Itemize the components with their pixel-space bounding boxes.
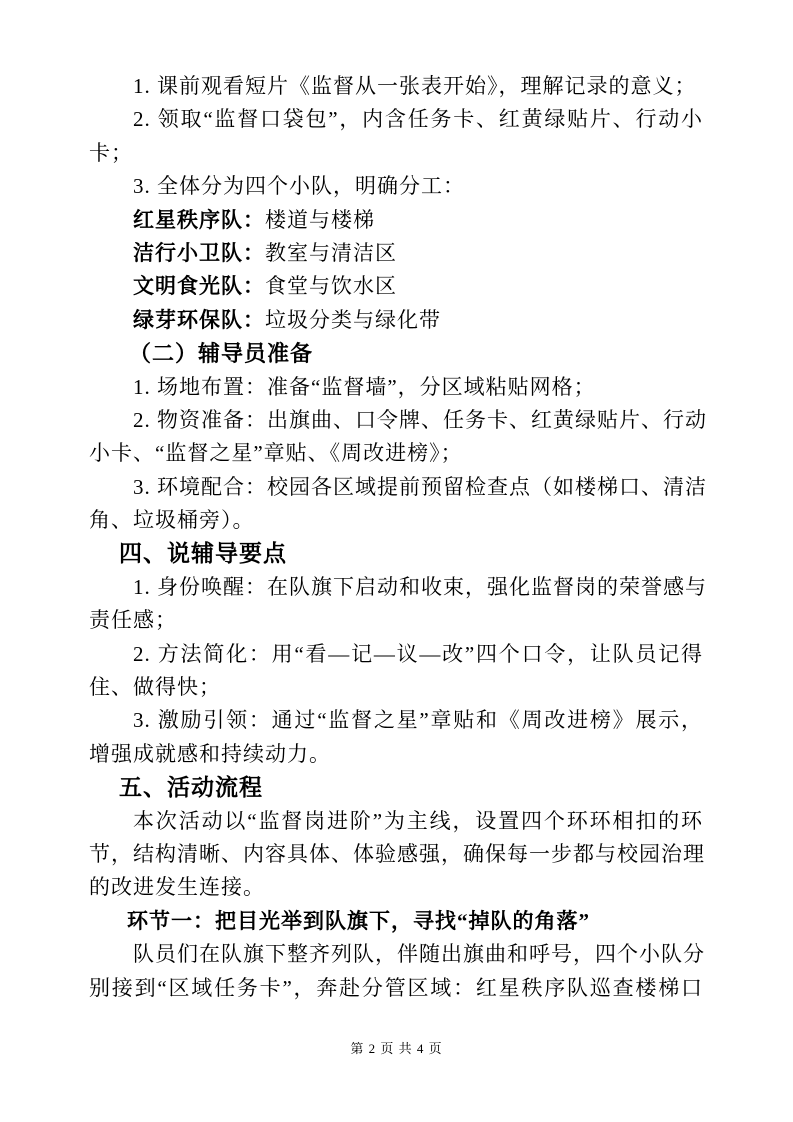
text-line: 文明食光队：食堂与饮水区 bbox=[89, 270, 703, 303]
body-paragraph: 1. 课前观看短片《监督从一张表开始》，理解记录的意义； bbox=[89, 70, 703, 103]
text-line: 节，结构清晰、内容具体、体验感强，确保每一步都与校园治理 bbox=[89, 838, 703, 871]
body-paragraph: 3. 全体分为四个小队，明确分工： bbox=[89, 170, 703, 203]
section-heading: 五、活动流程 bbox=[89, 771, 703, 804]
text-line: 角、垃圾桶旁）。 bbox=[89, 504, 703, 537]
team-name: 绿芽环保队： bbox=[133, 308, 265, 332]
text-line: 别接到“区域任务卡”，奔赴分管区域：红星秩序队巡查楼梯口 bbox=[89, 972, 703, 1005]
text-line: 五、活动流程 bbox=[89, 771, 703, 804]
body-paragraph: 3. 激励引领：通过“监督之星”章贴和《周改进榜》展示，增强成就感和持续动力。 bbox=[89, 704, 703, 771]
text-line: 卡； bbox=[89, 137, 703, 170]
body-paragraph: 3. 环境配合：校园各区域提前预留检查点（如楼梯口、清洁角、垃圾桶旁）。 bbox=[89, 471, 703, 538]
team-assignment-line: 洁行小卫队：教室与清洁区 bbox=[89, 237, 703, 270]
section-heading: 四、说辅导要点 bbox=[89, 537, 703, 570]
text-line: 2. 方法简化：用“看—记—议—改”四个口令，让队员记得 bbox=[89, 638, 703, 671]
text-line: （二）辅导员准备 bbox=[89, 337, 703, 370]
text-line: 红星秩序队：楼道与楼梯 bbox=[89, 204, 703, 237]
team-assignment-line: 绿芽环保队：垃圾分类与绿化带 bbox=[89, 304, 703, 337]
text-line: 3. 全体分为四个小队，明确分工： bbox=[89, 170, 703, 203]
body-paragraph: 2. 方法简化：用“看—记—议—改”四个口令，让队员记得住、做得快； bbox=[89, 638, 703, 705]
team-area: 食堂与饮水区 bbox=[265, 274, 397, 298]
team-assignment-line: 红星秩序队：楼道与楼梯 bbox=[89, 204, 703, 237]
body-paragraph: 1. 身份唤醒：在队旗下启动和收束，强化监督岗的荣誉感与责任感； bbox=[89, 571, 703, 638]
text-line: 增强成就感和持续动力。 bbox=[89, 738, 703, 771]
text-line: 洁行小卫队：教室与清洁区 bbox=[89, 237, 703, 270]
text-line: 的改进发生连接。 bbox=[89, 871, 703, 904]
document-body: 1. 课前观看短片《监督从一张表开始》，理解记录的意义；2. 领取“监督口袋包”… bbox=[89, 70, 703, 1005]
text-line: 3. 环境配合：校园各区域提前预留检查点（如楼梯口、清洁 bbox=[89, 471, 703, 504]
team-name: 文明食光队： bbox=[133, 274, 265, 298]
team-name: 洁行小卫队： bbox=[133, 241, 265, 265]
team-area: 楼道与楼梯 bbox=[265, 208, 375, 232]
text-line: 小卡、“监督之星”章贴、《周改进榜》； bbox=[89, 437, 703, 470]
text-line: 3. 激励引领：通过“监督之星”章贴和《周改进榜》展示， bbox=[89, 704, 703, 737]
text-line: 住、做得快； bbox=[89, 671, 703, 704]
text-line: 本次活动以“监督岗进阶”为主线，设置四个环环相扣的环 bbox=[89, 805, 703, 838]
subsection-heading: （二）辅导员准备 bbox=[89, 337, 703, 370]
team-assignment-line: 文明食光队：食堂与饮水区 bbox=[89, 270, 703, 303]
body-paragraph: 本次活动以“监督岗进阶”为主线，设置四个环环相扣的环节，结构清晰、内容具体、体验… bbox=[89, 805, 703, 905]
stage-heading: 环节一：把目光举到队旗下，寻找“掉队的角落” bbox=[89, 905, 703, 938]
text-line: 四、说辅导要点 bbox=[89, 537, 703, 570]
body-paragraph: 队员们在队旗下整齐列队，伴随出旗曲和呼号，四个小队分别接到“区域任务卡”，奔赴分… bbox=[89, 938, 703, 1005]
body-paragraph: 1. 场地布置：准备“监督墙”，分区域粘贴网格； bbox=[89, 371, 703, 404]
text-line: 责任感； bbox=[89, 604, 703, 637]
team-area: 垃圾分类与绿化带 bbox=[265, 308, 441, 332]
body-paragraph: 2. 领取“监督口袋包”，内含任务卡、红黄绿贴片、行动小卡； bbox=[89, 103, 703, 170]
page-footer: 第 2 页 共 4 页 bbox=[0, 1038, 793, 1057]
team-name: 红星秩序队： bbox=[133, 208, 265, 232]
text-line: 1. 场地布置：准备“监督墙”，分区域粘贴网格； bbox=[89, 371, 703, 404]
text-line: 环节一：把目光举到队旗下，寻找“掉队的角落” bbox=[89, 905, 703, 938]
page-number: 第 2 页 共 4 页 bbox=[350, 1041, 442, 1056]
document-page: 1. 课前观看短片《监督从一张表开始》，理解记录的意义；2. 领取“监督口袋包”… bbox=[0, 0, 793, 1122]
text-line: 队员们在队旗下整齐列队，伴随出旗曲和呼号，四个小队分 bbox=[89, 938, 703, 971]
body-paragraph: 2. 物资准备：出旗曲、口令牌、任务卡、红黄绿贴片、行动小卡、“监督之星”章贴、… bbox=[89, 404, 703, 471]
text-line: 1. 身份唤醒：在队旗下启动和收束，强化监督岗的荣誉感与 bbox=[89, 571, 703, 604]
text-line: 2. 物资准备：出旗曲、口令牌、任务卡、红黄绿贴片、行动 bbox=[89, 404, 703, 437]
text-line: 1. 课前观看短片《监督从一张表开始》，理解记录的意义； bbox=[89, 70, 703, 103]
text-line: 2. 领取“监督口袋包”，内含任务卡、红黄绿贴片、行动小 bbox=[89, 103, 703, 136]
text-line: 绿芽环保队：垃圾分类与绿化带 bbox=[89, 304, 703, 337]
team-area: 教室与清洁区 bbox=[265, 241, 397, 265]
